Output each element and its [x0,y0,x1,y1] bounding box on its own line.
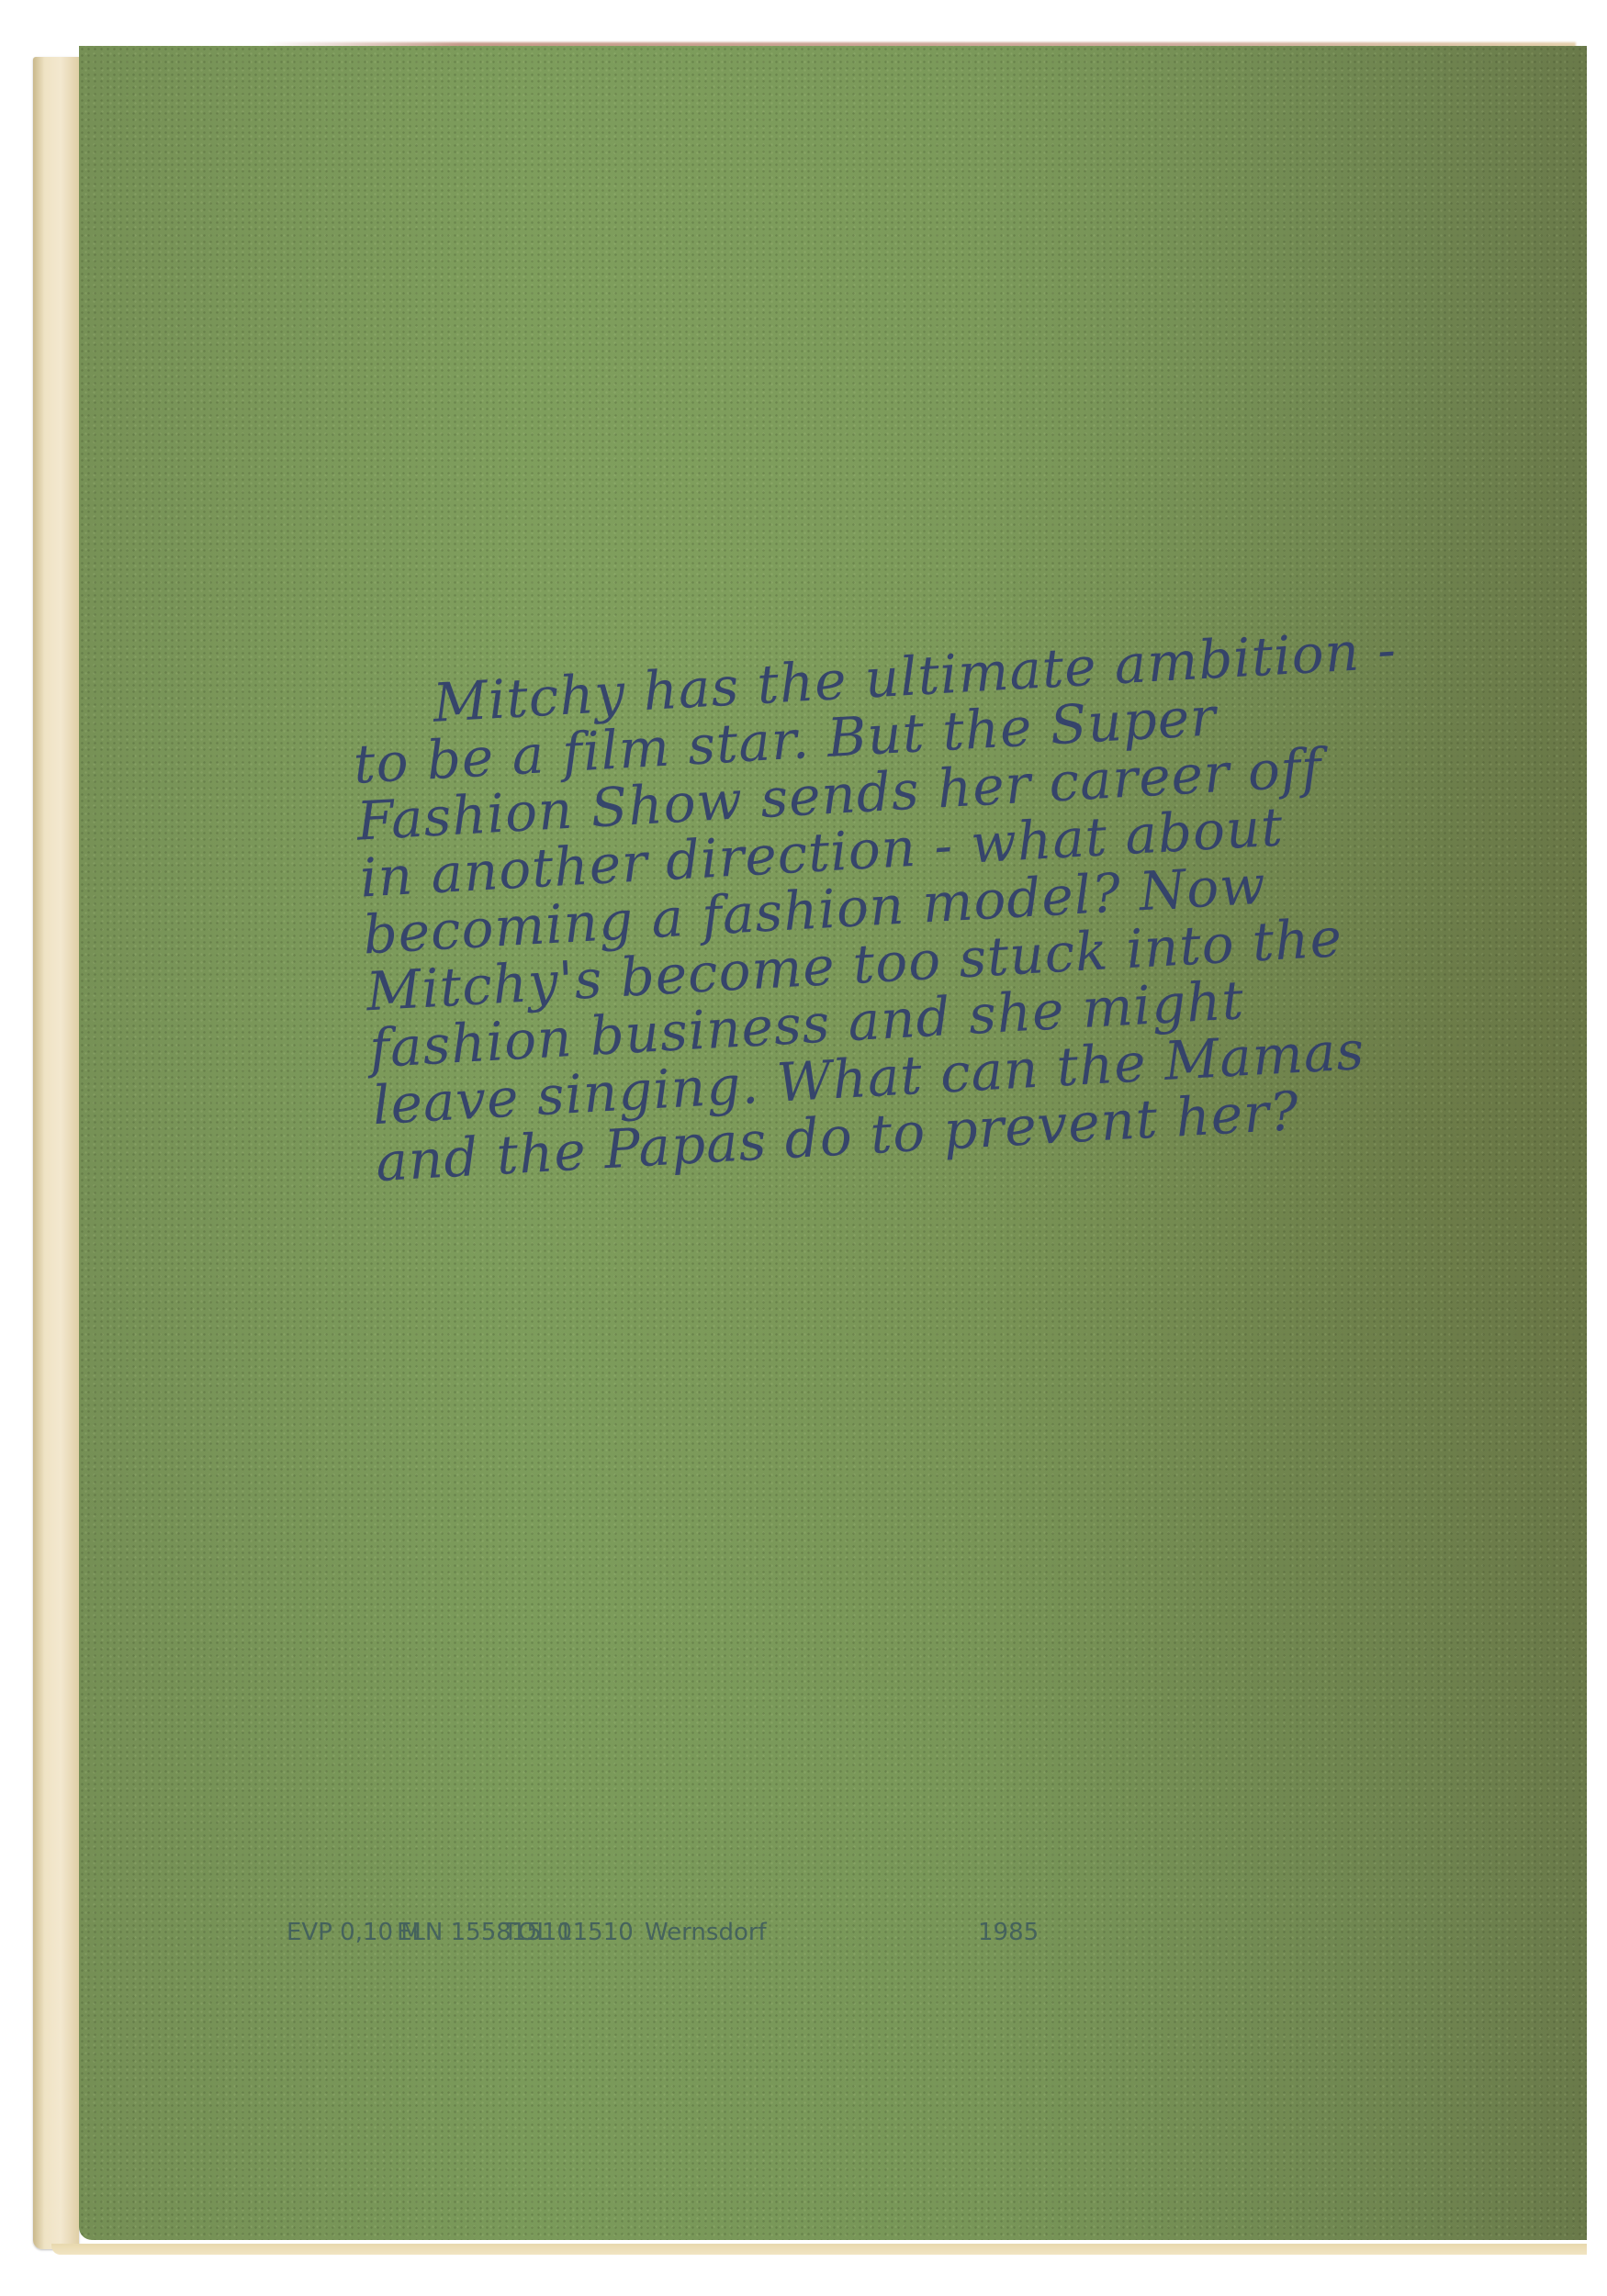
publisher-imprint: EVP 0,10 M ELN 15581510 TOL 11510 Wernsd… [0,1919,1607,1955]
bottom-edge [51,2244,1587,2255]
handwritten-blurb: Mitchy has the ultimate ambition - to be… [349,619,1459,1191]
tol-code: TOL 11510 [503,1919,634,1946]
print-year: 1985 [978,1919,1039,1946]
print-place: Wernsdorf [645,1919,767,1946]
